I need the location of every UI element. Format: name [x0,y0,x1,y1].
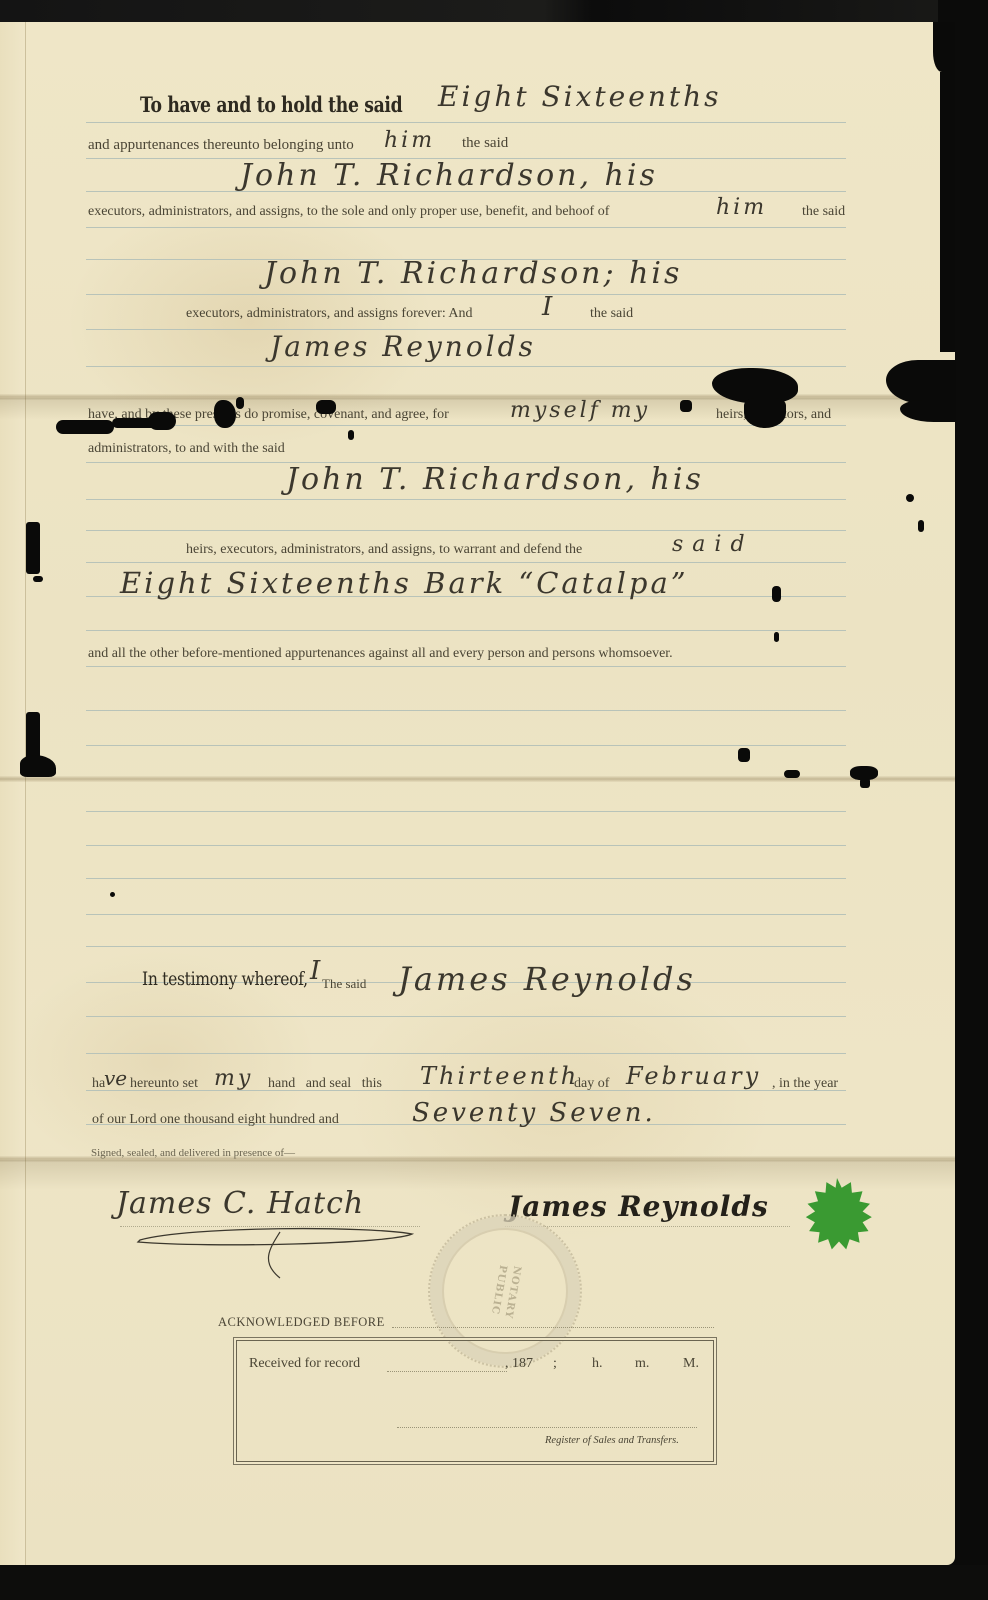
handwritten-him-2: him [716,195,767,220]
habendum-line-2b: the said [462,135,508,152]
handwritten-said: said [672,532,754,557]
received-date-line [387,1371,507,1372]
handwritten-him-1: him [384,128,435,153]
scan-backdrop-bottom [0,1565,988,1600]
testimonium-hereunto-set: hereunto set [130,1076,198,1092]
witness-label: Signed, sealed, and delivered in presenc… [91,1147,295,1159]
register-label: Register of Sales and Transfers. [545,1435,679,1446]
record-minutes: m. [635,1356,649,1372]
green-wafer-seal-icon [800,1178,874,1252]
grantor-signature: James Reynolds [508,1190,769,1223]
handwritten-my: my [214,1066,253,1091]
grantee-name-3: John T. Richardson, his [286,462,704,497]
habendum-line-6: executors, administrators, and assigns f… [186,306,473,322]
testimonium-the-said: The said [322,976,366,992]
habendum-line-4b: the said [802,204,845,220]
grantee-name-2: John T. Richardson; his [264,256,682,291]
record-box: Received for record , 187 ; h. m. M. Reg… [236,1340,714,1462]
testimonium-hand-and-seal: hand and seal this [268,1076,382,1092]
signature-flourish-icon [130,1222,420,1282]
handwritten-day: Thirteenth [420,1062,579,1090]
habendum-line-6b: the said [590,306,633,322]
notary-seal-center-text: NOTARY PUBLIC [485,1252,526,1331]
handwritten-month: February [626,1062,761,1090]
warranty-line-6: and all the other before-mentioned appur… [88,646,673,662]
testimonium-heading: In testimony whereof, [142,968,308,990]
page-left-margin-strip [0,22,26,1565]
handwritten-I: I [542,292,555,322]
handwritten-ve: ve [104,1066,127,1090]
handwritten-year: Seventy Seven. [412,1098,656,1128]
register-signature-line [397,1427,697,1428]
acknowledged-before-line [392,1327,714,1328]
grantor-name-1: James Reynolds [270,330,536,363]
grantor-name-2: James Reynolds [398,960,696,998]
habendum-line-4: executors, administrators, and assigns, … [88,204,609,220]
testimonium-day-of: day of [574,1076,609,1092]
record-hours: h. [592,1356,603,1372]
habendum-heading: To have and to hold the said [140,92,402,117]
record-meridiem: M. [683,1356,699,1372]
received-for-record-label: Received for record [249,1356,360,1372]
scan-backdrop-top [0,0,988,22]
subject-handwritten: Eight Sixteenths [438,80,722,113]
warranty-line-4: heirs, executors, administrators, and as… [186,542,582,558]
grantee-name-1: John T. Richardson, his [240,158,658,193]
record-year-prefix: , 187 [505,1356,533,1372]
habendum-line-2: and appurtenances thereunto belonging un… [88,137,354,154]
acknowledged-before-label: ACKNOWLEDGED BEFORE [218,1315,385,1330]
witness-signature: James C. Hatch [116,1186,364,1221]
warranty-line-2: administrators, to and with the said [88,441,285,457]
fold-line-middle [0,776,955,782]
testimonium-line-3: of our Lord one thousand eight hundred a… [92,1112,339,1128]
record-semicolon: ; [553,1356,557,1372]
subject-handwritten-2: Eight Sixteenths Bark “Catalpa” [120,566,689,600]
testimonium-in-the-year: , in the year [772,1076,838,1092]
handwritten-myself-my: myself my [510,398,650,423]
